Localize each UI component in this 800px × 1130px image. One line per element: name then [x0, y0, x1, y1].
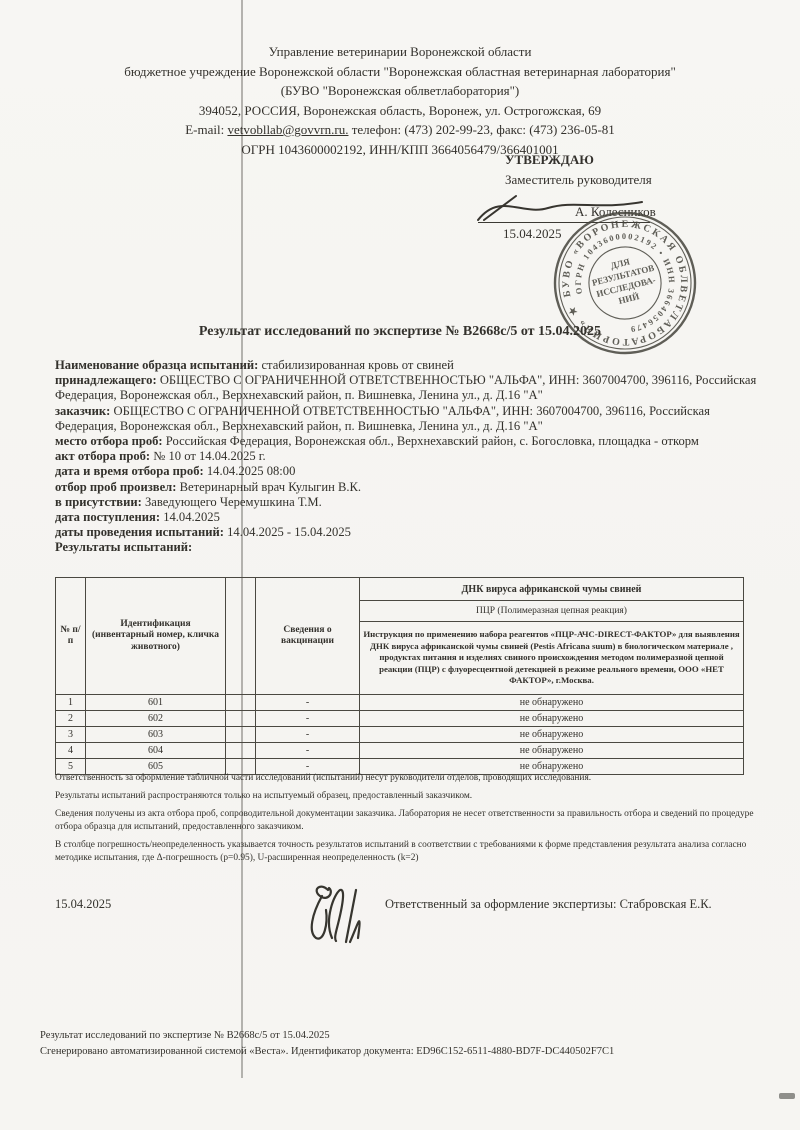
document-title: Результат исследований по экспертизе № В…: [0, 324, 800, 340]
footer-expertise-line: Результат исследований по экспертизе № В…: [40, 1028, 614, 1044]
email-address: vetvobllab@govvrn.ru.: [227, 122, 348, 137]
footer-generated-line: Сгенерировано автоматизированной системо…: [40, 1044, 614, 1060]
org-contacts: E-mail: vetvobllab@govvrn.ru. телефон: (…: [0, 120, 800, 140]
responsible-signature: [298, 880, 370, 952]
table-row: 3 603 - не обнаружено: [56, 727, 744, 743]
table-row: 1 601 - не обнаружено: [56, 695, 744, 711]
footnote: Результаты испытаний распространяются то…: [55, 790, 763, 803]
footnotes: Ответственность за оформление табличной …: [55, 772, 763, 870]
org-name-line3: (БУВО "Воронежская облветлаборатория"): [0, 81, 800, 101]
col-header-identification: Идентификация (инвентарный номер, кличка…: [86, 578, 226, 695]
stamp-center-line4: НИЙ: [617, 291, 640, 306]
detail-line: место отбора проб: Российская Федерация,…: [55, 434, 759, 449]
detail-line: в присутствии: Заведующего Черемушкина Т…: [55, 495, 759, 510]
document-header: Управление ветеринарии Воронежской облас…: [0, 42, 800, 159]
col-header-method: Инструкция по применению набора реагенто…: [360, 622, 744, 695]
scanned-document-page: Управление ветеринарии Воронежской облас…: [0, 0, 800, 1130]
table-row: 4 604 - не обнаружено: [56, 743, 744, 759]
responsible-person: Ответственный за оформление экспертизы: …: [385, 897, 712, 912]
document-footer: Результат исследований по экспертизе № В…: [40, 1028, 614, 1059]
phone-fax: телефон: (473) 202-99-23, факс: (473) 23…: [352, 122, 615, 137]
email-label: E-mail:: [185, 122, 224, 137]
col-header-num: № п/п: [56, 578, 86, 695]
approval-block: УТВЕРЖДАЮ Заместитель руководителя: [505, 150, 652, 190]
results-table: № п/п Идентификация (инвентарный номер, …: [55, 577, 744, 775]
detail-line: Результаты испытаний:: [55, 540, 759, 555]
org-address: 394052, РОССИЯ, Воронежская область, Вор…: [0, 101, 800, 121]
detail-line: дата и время отбора проб: 14.04.2025 08:…: [55, 464, 759, 479]
col-header-pcr: ПЦР (Полимеразная цепная реакция): [360, 601, 744, 622]
detail-line: заказчик: ОБЩЕСТВО С ОГРАНИЧЕННОЙ ОТВЕТС…: [55, 404, 759, 434]
footnote: Сведения получены из акта отбора проб, с…: [55, 808, 763, 834]
result-cell: не обнаружено: [360, 743, 744, 759]
col-header-vaccination: Сведения о вакцинации: [256, 578, 360, 695]
detail-line: дата поступления: 14.04.2025: [55, 510, 759, 525]
detail-line: даты проведения испытаний: 14.04.2025 - …: [55, 525, 759, 540]
table-row: 2 602 - не обнаружено: [56, 711, 744, 727]
col-header-blank: [226, 578, 256, 695]
approval-title: УТВЕРЖДАЮ: [505, 150, 652, 170]
org-name-line2: бюджетное учреждение Воронежской области…: [0, 62, 800, 82]
result-cell: не обнаружено: [360, 727, 744, 743]
footnote: В столбце погрешность/неопределенность у…: [55, 839, 763, 865]
org-name-line1: Управление ветеринарии Воронежской облас…: [0, 42, 800, 62]
sample-details: Наименование образца испытаний: стабилиз…: [55, 358, 759, 556]
closing-date: 15.04.2025: [55, 897, 111, 912]
result-cell: не обнаружено: [360, 695, 744, 711]
scan-edge-artifact: [779, 1093, 795, 1099]
detail-line: принадлежащего: ОБЩЕСТВО С ОГРАНИЧЕННОЙ …: [55, 373, 759, 403]
detail-line: отбор проб произвел: Ветеринарный врач К…: [55, 480, 759, 495]
result-cell: не обнаружено: [360, 711, 744, 727]
col-header-disease: ДНК вируса африканской чумы свиней: [360, 578, 744, 601]
footnote: Ответственность за оформление табличной …: [55, 772, 763, 785]
detail-line: акт отбора проб: № 10 от 14.04.2025 г.: [55, 449, 759, 464]
ogrn-inn-line: ОГРН 1043600002192, ИНН/КПП 3664056479/3…: [0, 140, 800, 160]
detail-line: Наименование образца испытаний: стабилиз…: [55, 358, 759, 373]
